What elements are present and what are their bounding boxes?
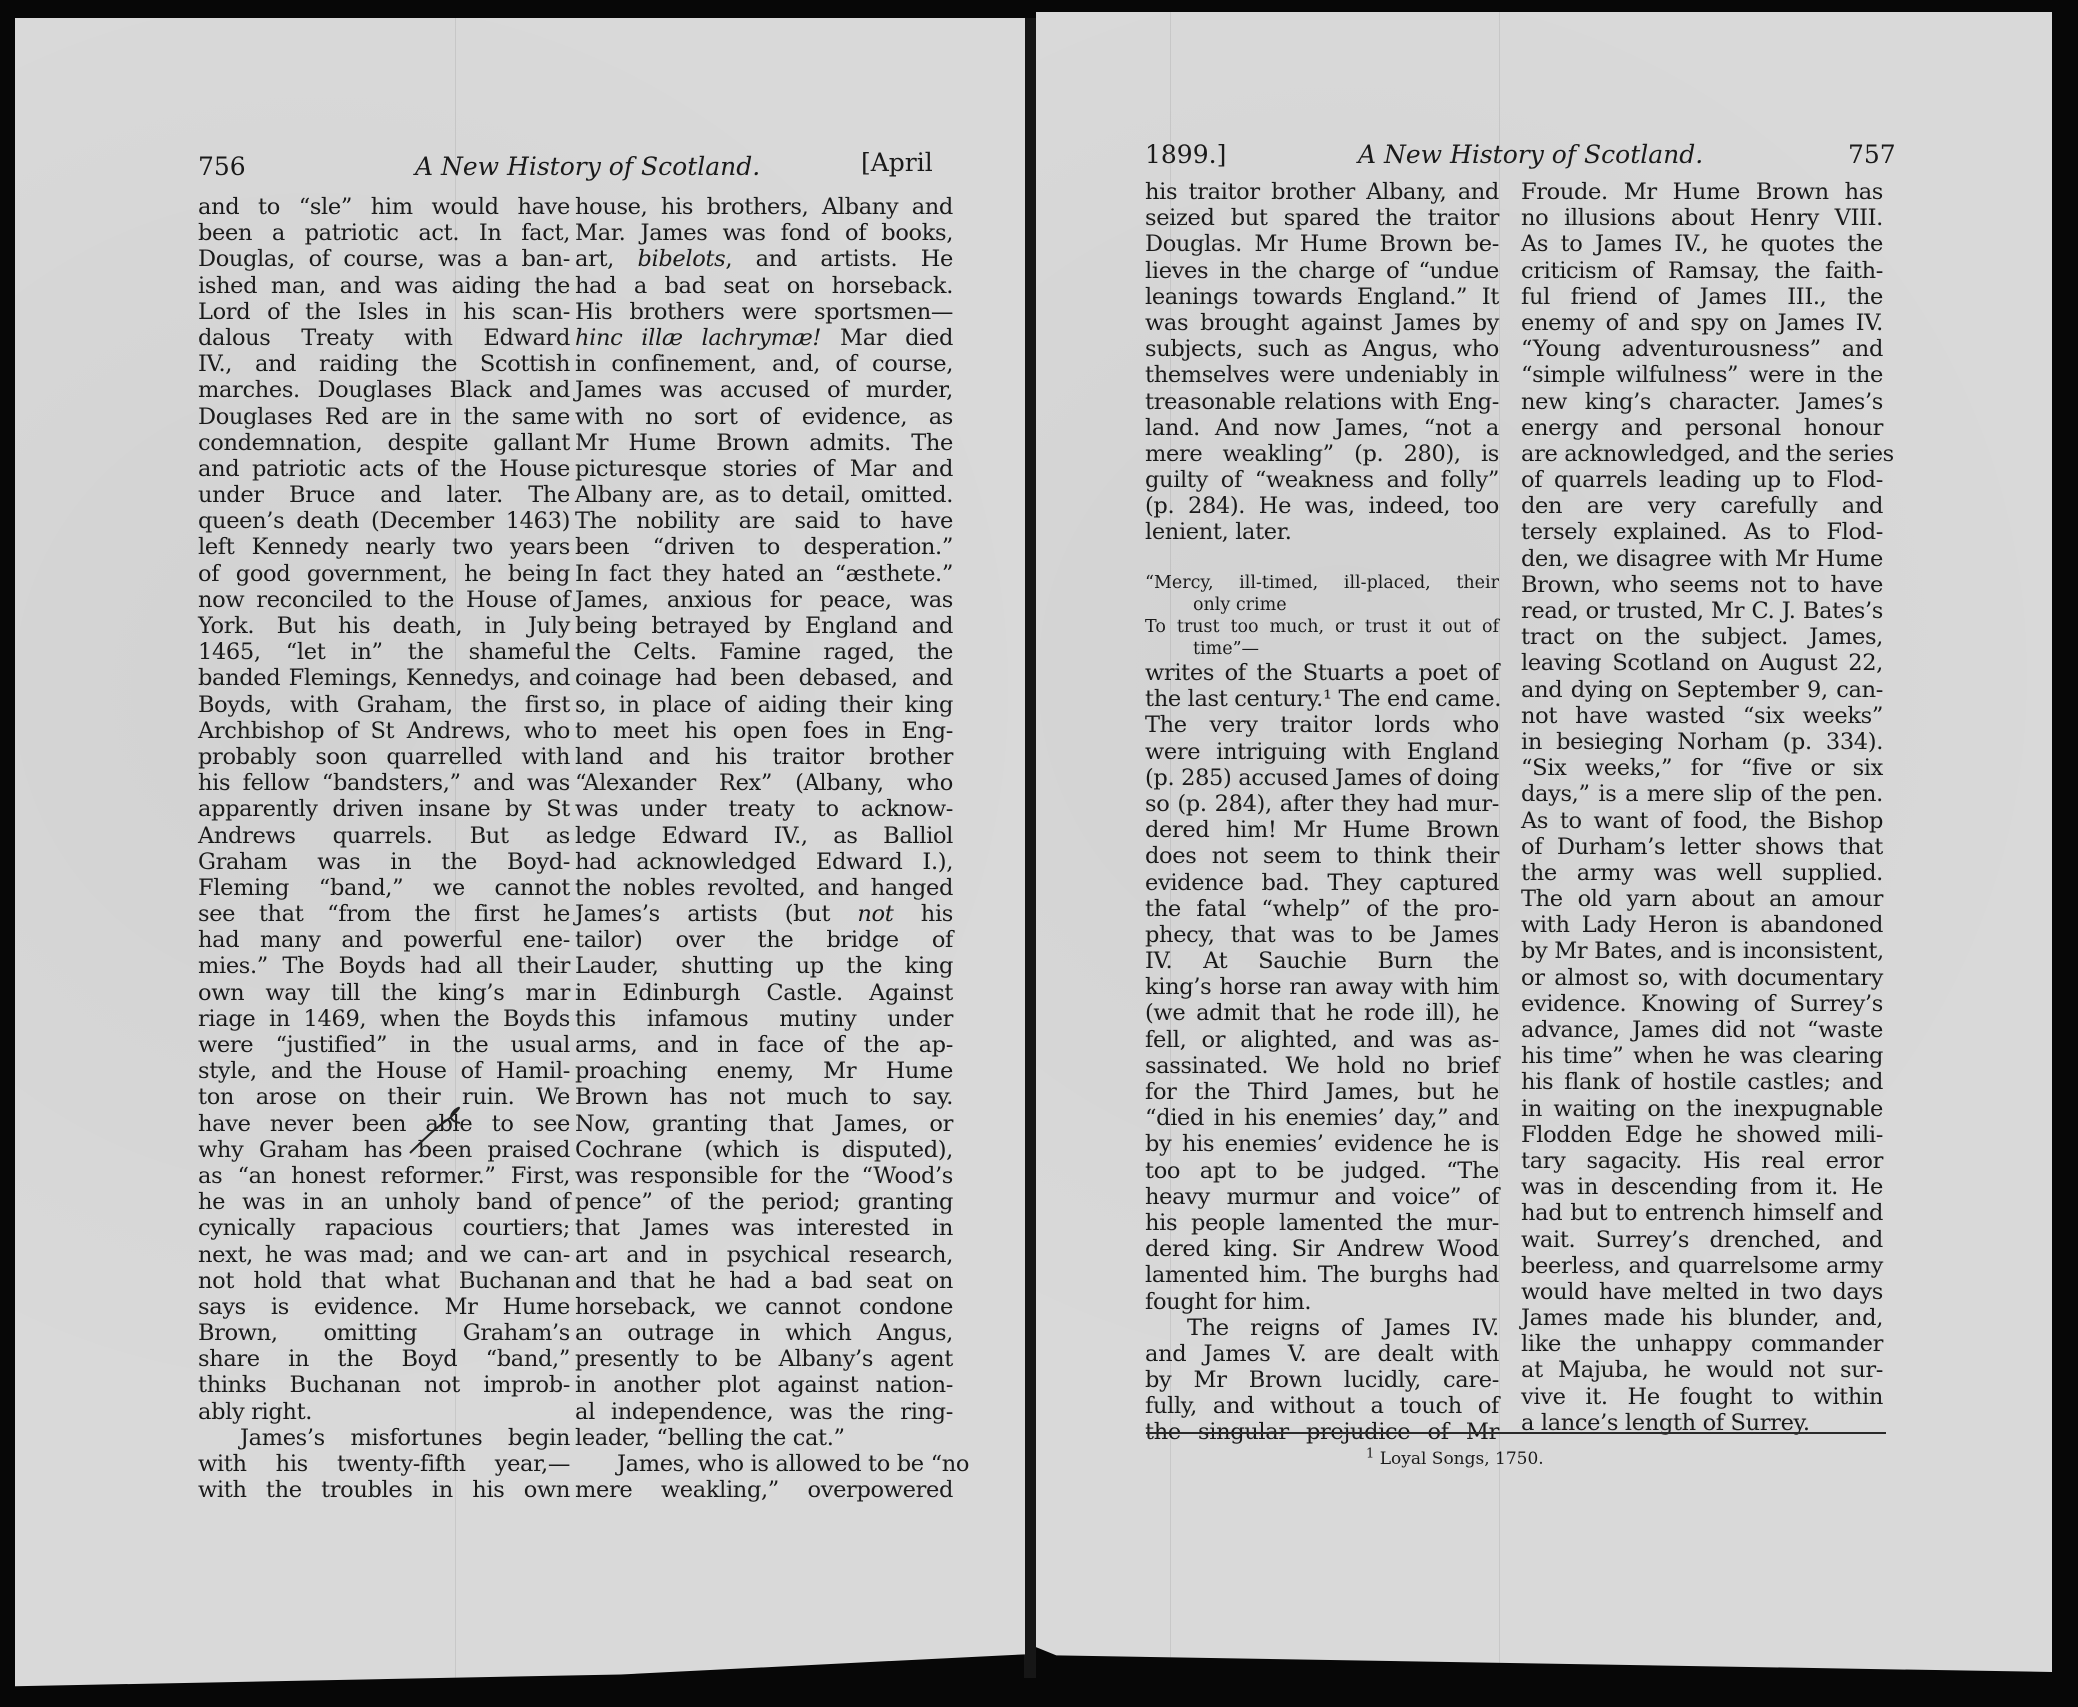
text-line: with no sort of evidence, as — [575, 404, 953, 430]
text-line: marches. Douglases Black and — [198, 377, 570, 403]
running-date-right: 1899.] — [1145, 140, 1226, 170]
book-spine — [1024, 18, 1036, 1678]
text-line: The old yarn about an amour — [1521, 886, 1883, 912]
text-line: the Celts. Famine raged, the — [575, 639, 953, 665]
text-line: art, bibelots, and artists. He — [575, 246, 953, 272]
text-line: been “driven to desperation.” — [575, 534, 953, 560]
left-column-2: house, his brothers, Albany andMar. Jame… — [575, 194, 953, 1503]
text-line: phecy, that was to be James — [1145, 922, 1499, 948]
text-line: too apt to be judged. “The — [1145, 1158, 1499, 1184]
text-line: next, he was mad; and we can- — [198, 1242, 570, 1268]
text-line: does not seem to think their — [1145, 843, 1499, 869]
text-line: Archbishop of St Andrews, who — [198, 718, 570, 744]
text-line: been a patriotic act. In fact, — [198, 220, 570, 246]
text-line: beerless, and quarrelsome army — [1521, 1253, 1883, 1279]
text-line: thinks Buchanan not improb- — [198, 1372, 570, 1398]
text-line: James was accused of murder, — [575, 377, 953, 403]
text-line: and patriotic acts of the House — [198, 456, 570, 482]
text-line: days,” is a mere slip of the pen. — [1521, 781, 1883, 807]
text-line: vive it. He fought to within — [1521, 1384, 1883, 1410]
text-line: Boyds, with Graham, the first — [198, 692, 570, 718]
text-line: pence” of the period; granting — [575, 1189, 953, 1215]
footnote-divider — [1146, 1432, 1886, 1434]
text-line: an outrage in which Angus, — [575, 1320, 953, 1346]
pencil-annotation-mark — [405, 1098, 475, 1158]
text-line: “Alexander Rex” (Albany, who — [575, 770, 953, 796]
text-line: treasonable relations with Eng- — [1145, 389, 1499, 415]
left-column-1: and to “sle” him would havebeen a patrio… — [198, 194, 570, 1503]
text-line: leader, “belling the cat.” — [575, 1425, 953, 1451]
text-line: enemy of and spy on James IV. — [1521, 310, 1883, 336]
verse-quotation: “Mercy, ill-timed, ill-placed, theironly… — [1145, 572, 1499, 660]
text-line: his traitor brother Albany, and — [1145, 179, 1499, 205]
text-line: James made his blunder, and, — [1521, 1305, 1883, 1331]
text-line: had acknowledged Edward I.), — [575, 849, 953, 875]
text-line: lamented him. The burghs had — [1145, 1262, 1499, 1288]
text-line: art and in psychical research, — [575, 1242, 953, 1268]
text-line: In fact they hated an “æsthete.” — [575, 561, 953, 587]
text-line: den are very carefully and — [1521, 493, 1883, 519]
text-line: mere weakling,” overpowered — [575, 1477, 953, 1503]
text-line: to meet his open foes in Eng- — [575, 718, 953, 744]
text-line: riage in 1469, when the Boyds — [198, 1006, 570, 1032]
text-line: As to want of food, the Bishop — [1521, 808, 1883, 834]
right-column-1-top: his traitor brother Albany, andseized bu… — [1145, 179, 1499, 546]
text-line: apparently driven insane by St — [198, 796, 570, 822]
text-line: of Durham’s letter shows that — [1521, 834, 1883, 860]
text-line: being betrayed by England and — [575, 613, 953, 639]
text-line: (we admit that he rode ill), he — [1145, 1000, 1499, 1026]
text-line: “died in his enemies’ day,” and — [1145, 1105, 1499, 1131]
text-line: James, who is allowed to be “no — [575, 1451, 953, 1477]
text-line: ledge Edward IV., as Balliol — [575, 823, 953, 849]
text-line: Now, granting that James, or — [575, 1111, 953, 1137]
text-line: wait. Surrey’s drenched, and — [1521, 1227, 1883, 1253]
text-line: James’s misfortunes begin — [198, 1425, 570, 1451]
text-line: was in descending from it. He — [1521, 1174, 1883, 1200]
text-line: seized but spared the traitor — [1145, 205, 1499, 231]
text-line: leaving Scotland on August 22, — [1521, 650, 1883, 676]
text-line: (p. 285) accused James of doing — [1145, 765, 1499, 791]
text-line: IV., and raiding the Scottish — [198, 351, 570, 377]
text-line: Cochrane (which is disputed), — [575, 1137, 953, 1163]
text-line: arms, and in face of the ap- — [575, 1032, 953, 1058]
text-line: he was in an unholy band of — [198, 1189, 570, 1215]
text-line: evidence bad. They captured — [1145, 870, 1499, 896]
text-line: IV. At Sauchie Burn the — [1145, 948, 1499, 974]
running-title-right: A New History of Scotland. — [1358, 140, 1703, 170]
text-line: criticism of Ramsay, the faith- — [1521, 258, 1883, 284]
text-line: presently to be Albany’s agent — [575, 1346, 953, 1372]
text-line: lieves in the charge of “undue — [1145, 258, 1499, 284]
text-line: not hold that what Buchanan — [198, 1268, 570, 1294]
text-line: 1465, “let in” the shameful — [198, 639, 570, 665]
text-line: York. But his death, in July — [198, 613, 570, 639]
paper-fold-line — [1499, 12, 1500, 1672]
text-line: advance, James did not “waste — [1521, 1017, 1883, 1043]
text-line: no illusions about Henry VIII. — [1521, 205, 1883, 231]
text-line: were intriguing with England — [1145, 739, 1499, 765]
page-number-right: 757 — [1848, 140, 1896, 170]
text-line: had many and powerful ene- — [198, 927, 570, 953]
text-line: land and his traitor brother — [575, 744, 953, 770]
text-line: mere weakling” (p. 280), is — [1145, 441, 1499, 467]
text-line: fell, or alighted, and was as- — [1145, 1027, 1499, 1053]
text-line: hinc illæ lachrymæ! Mar died — [575, 325, 953, 351]
text-line: “Six weeks,” for “five or six — [1521, 755, 1883, 781]
text-line: of good government, he being — [198, 561, 570, 587]
text-line: that James was interested in — [575, 1215, 953, 1241]
text-line: read, or trusted, Mr C. J. Bates’s — [1521, 598, 1883, 624]
text-line: den, we disagree with Mr Hume — [1521, 546, 1883, 572]
text-line: Mar. James was fond of books, — [575, 220, 953, 246]
text-line: guilty of “weakness and folly” — [1145, 467, 1499, 493]
text-line: share in the Boyd “band,” — [198, 1346, 570, 1372]
text-line: James, anxious for peace, was — [575, 587, 953, 613]
text-line: with his twenty-fifth year,— — [198, 1451, 570, 1477]
text-line: have never been able to see — [198, 1111, 570, 1137]
text-line: ished man, and was aiding the — [198, 273, 570, 299]
text-line: Douglas. Mr Hume Brown be- — [1145, 231, 1499, 257]
text-line: was under treaty to acknow- — [575, 796, 953, 822]
text-line: in waiting on the inexpugnable — [1521, 1096, 1883, 1122]
text-line: time”— — [1145, 638, 1499, 660]
text-line: so (p. 284), after they had mur- — [1145, 791, 1499, 817]
text-line: in besieging Norham (p. 334). — [1521, 729, 1883, 755]
text-line: Fleming “band,” we cannot — [198, 875, 570, 901]
text-line: in another plot against nation- — [575, 1372, 953, 1398]
text-line: like the unhappy commander — [1521, 1331, 1883, 1357]
text-line: condemnation, despite gallant — [198, 430, 570, 456]
text-line: see that “from the first he — [198, 901, 570, 927]
text-line: at Majuba, he would not sur- — [1521, 1357, 1883, 1383]
text-line: ton arose on their ruin. We — [198, 1084, 570, 1110]
text-line: lenient, later. — [1145, 519, 1499, 545]
text-line: by Mr Brown lucidly, care- — [1145, 1367, 1499, 1393]
text-line: writes of the Stuarts a poet of — [1145, 660, 1499, 686]
text-line: dalous Treaty with Edward — [198, 325, 570, 351]
text-line: the last century.¹ The end came. — [1145, 686, 1499, 712]
footnote: 1 Loyal Songs, 1750. — [1366, 1449, 1544, 1469]
text-line: his people lamented the mur- — [1145, 1210, 1499, 1236]
text-line: as “an honest reformer.” First, — [198, 1163, 570, 1189]
text-line: mies.” The Boyds had all their — [198, 953, 570, 979]
text-line: and to “sle” him would have — [198, 194, 570, 220]
text-line: had a bad seat on horseback. — [575, 273, 953, 299]
text-line: the fatal “whelp” of the pro- — [1145, 896, 1499, 922]
text-line: were “justified” in the usual — [198, 1032, 570, 1058]
text-line: tract on the subject. James, — [1521, 624, 1883, 650]
text-line: now reconciled to the House of — [198, 587, 570, 613]
text-line: al independence, was the ring- — [575, 1399, 953, 1425]
text-line: under Bruce and later. The — [198, 482, 570, 508]
text-line: why Graham has been praised — [198, 1137, 570, 1163]
text-line: only crime — [1145, 594, 1499, 616]
text-line: his fellow “bandsters,” and was — [198, 770, 570, 796]
text-line: ful friend of James III., the — [1521, 284, 1883, 310]
text-line: tary sagacity. His real error — [1521, 1148, 1883, 1174]
text-line: Mr Hume Brown admits. The — [575, 430, 953, 456]
text-line: tailor) over the bridge of — [575, 927, 953, 953]
text-line: Brown, who seems not to have — [1521, 572, 1883, 598]
text-line: new king’s character. James’s — [1521, 389, 1883, 415]
right-page: 1899.] A New History of Scotland. 757 hi… — [1036, 12, 2052, 1672]
footnote-marker: 1 — [1366, 1446, 1374, 1461]
text-line: Brown has not much to say. — [575, 1084, 953, 1110]
text-line: in Edinburgh Castle. Against — [575, 980, 953, 1006]
text-line: His brothers were sportsmen— — [575, 299, 953, 325]
text-line: king’s horse ran away with him — [1145, 974, 1499, 1000]
text-line: queen’s death (December 1463) — [198, 508, 570, 534]
text-line: sassinated. We hold no brief — [1145, 1053, 1499, 1079]
text-line: and that he had a bad seat on — [575, 1268, 953, 1294]
text-line: left Kennedy nearly two years — [198, 534, 570, 560]
text-line: leanings towards England.” It — [1145, 284, 1499, 310]
text-line: banded Flemings, Kennedys, and — [198, 665, 570, 691]
running-date-left: [April — [861, 148, 933, 178]
text-line: The very traitor lords who — [1145, 712, 1499, 738]
text-line: evidence. Knowing of Surrey’s — [1521, 991, 1883, 1017]
text-line: own way till the king’s mar — [198, 980, 570, 1006]
text-line: “Young adventurousness” and — [1521, 336, 1883, 362]
right-column-2: Froude. Mr Hume Brown hasno illusions ab… — [1521, 179, 1883, 1436]
text-line: Andrews quarrels. But as — [198, 823, 570, 849]
text-line: ably right. — [198, 1399, 570, 1425]
text-line: Douglas, of course, was a ban- — [198, 246, 570, 272]
text-line: and James V. are dealt with — [1145, 1341, 1499, 1367]
text-line: Lord of the Isles in his scan- — [198, 299, 570, 325]
text-line: by Mr Bates, and is inconsistent, — [1521, 938, 1883, 964]
text-line: tersely explained. As to Flod- — [1521, 519, 1883, 545]
text-line: heavy murmur and voice” of — [1145, 1184, 1499, 1210]
text-line: As to James IV., he quotes the — [1521, 231, 1883, 257]
text-line: Douglases Red are in the same — [198, 404, 570, 430]
text-line: Froude. Mr Hume Brown has — [1521, 179, 1883, 205]
text-line: house, his brothers, Albany and — [575, 194, 953, 220]
text-line: coinage had been debased, and — [575, 665, 953, 691]
text-line: horseback, we cannot condone — [575, 1294, 953, 1320]
text-line: James’s artists (but not his — [575, 901, 953, 927]
text-line: land. And now James, “not a — [1145, 415, 1499, 441]
text-line: subjects, such as Angus, who — [1145, 336, 1499, 362]
text-line: are acknowledged, and the series — [1521, 441, 1883, 467]
text-line: for the Third James, but he — [1145, 1079, 1499, 1105]
text-line: energy and personal honour — [1521, 415, 1883, 441]
text-line: this infamous mutiny under — [575, 1006, 953, 1032]
text-line: the nobles revolted, and hanged — [575, 875, 953, 901]
text-line: not have wasted “six weeks” — [1521, 703, 1883, 729]
text-line: Flodden Edge he showed mili- — [1521, 1122, 1883, 1148]
text-line: his flank of hostile castles; and — [1521, 1069, 1883, 1095]
text-line: had but to entrench himself and — [1521, 1200, 1883, 1226]
text-line: so, in place of aiding their king — [575, 692, 953, 718]
text-line: style, and the House of Hamil- — [198, 1058, 570, 1084]
text-line: probably soon quarrelled with — [198, 744, 570, 770]
text-line: The reigns of James IV. — [1145, 1315, 1499, 1341]
text-line: Albany are, as to detail, omitted. — [575, 482, 953, 508]
text-line: his time” when he was clearing — [1521, 1043, 1883, 1069]
text-line: with the troubles in his own — [198, 1477, 570, 1503]
text-line: The nobility are said to have — [575, 508, 953, 534]
text-line: “simple wilfulness” were in the — [1521, 362, 1883, 388]
text-line: “Mercy, ill-timed, ill-placed, their — [1145, 572, 1499, 594]
text-line: dered king. Sir Andrew Wood — [1145, 1236, 1499, 1262]
text-line: would have melted in two days — [1521, 1279, 1883, 1305]
text-line: Brown, omitting Graham’s — [198, 1320, 570, 1346]
text-line: (p. 284). He was, indeed, too — [1145, 493, 1499, 519]
text-line: picturesque stories of Mar and — [575, 456, 953, 482]
page-number-left: 756 — [198, 152, 246, 182]
text-line: fully, and without a touch of — [1145, 1393, 1499, 1419]
text-line: in confinement, and, of course, — [575, 351, 953, 377]
text-line: proaching enemy, Mr Hume — [575, 1058, 953, 1084]
text-line: says is evidence. Mr Hume — [198, 1294, 570, 1320]
text-line: Graham was in the Boyd- — [198, 849, 570, 875]
text-line: To trust too much, or trust it out of — [1145, 616, 1499, 638]
left-page: 756 A New History of Scotland. [April an… — [15, 18, 1025, 1698]
text-line: the army was well supplied. — [1521, 860, 1883, 886]
text-line: by his enemies’ evidence he is — [1145, 1131, 1499, 1157]
text-line: Lauder, shutting up the king — [575, 953, 953, 979]
text-line: dered him! Mr Hume Brown — [1145, 817, 1499, 843]
running-title-left: A New History of Scotland. — [415, 152, 760, 182]
text-line: cynically rapacious courtiers; — [198, 1215, 570, 1241]
text-line: was brought against James by — [1145, 310, 1499, 336]
text-line: themselves were undeniably in — [1145, 362, 1499, 388]
text-line: or almost so, with documentary — [1521, 965, 1883, 991]
text-line: was responsible for the “Wood’s — [575, 1163, 953, 1189]
text-line: of quarrels leading up to Flod- — [1521, 467, 1883, 493]
footnote-text: Loyal Songs, 1750. — [1380, 1449, 1544, 1469]
text-line: fought for him. — [1145, 1289, 1499, 1315]
text-line: with Lady Heron is abandoned — [1521, 912, 1883, 938]
right-column-1-bottom: writes of the Stuarts a poet ofthe last … — [1145, 660, 1499, 1446]
text-line: and dying on September 9, can- — [1521, 677, 1883, 703]
